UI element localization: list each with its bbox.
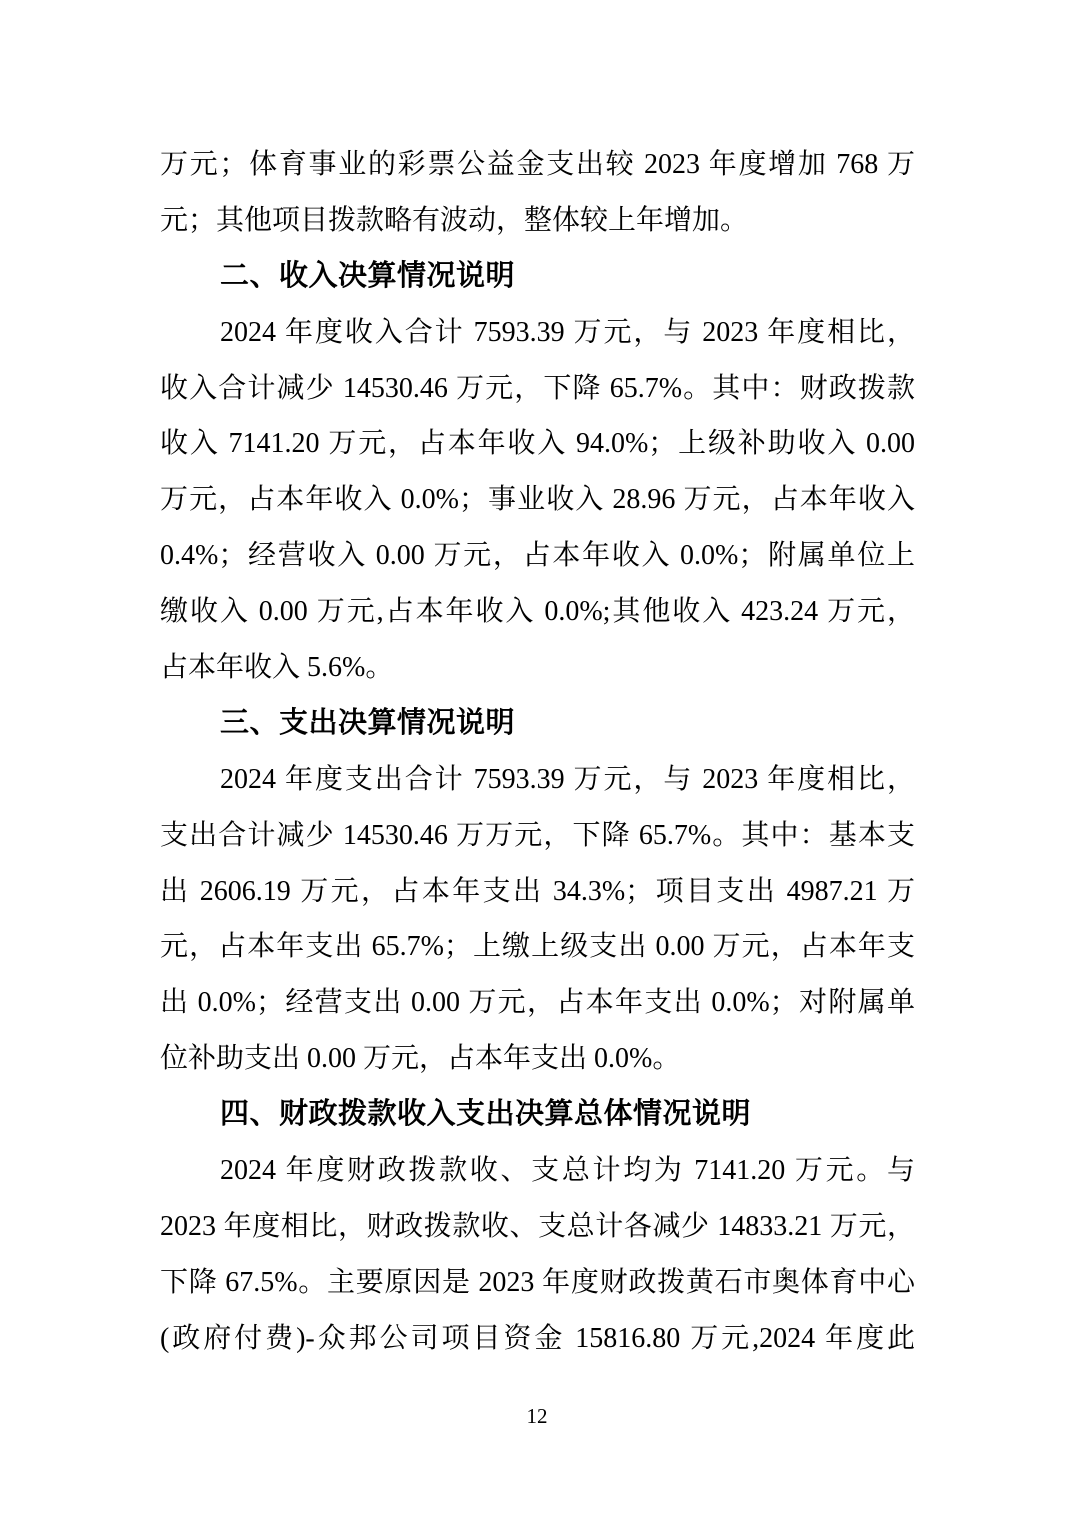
section-heading: 四、财政拨款收入支出决算总体情况说明 xyxy=(160,1087,915,1143)
text-line: 2024 年度财政拨款收、支总计均为 7141.20 万元。与 xyxy=(160,1143,915,1199)
text-line: 占本年收入 5.6%。 xyxy=(160,640,915,696)
text-line: 2024 年度支出合计 7593.39 万元，与 2023 年度相比， xyxy=(160,752,915,808)
text-line: 缴收入 0.00 万元,占本年收入 0.0%;其他收入 423.24 万元， xyxy=(160,584,915,640)
text-line: 2024 年度收入合计 7593.39 万元，与 2023 年度相比， xyxy=(160,305,915,361)
document-text-block: 万元；体育事业的彩票公益金支出较 2023 年度增加 768 万元；其他项目拨款… xyxy=(160,137,915,1367)
document-page: 万元；体育事业的彩票公益金支出较 2023 年度增加 768 万元；其他项目拨款… xyxy=(0,0,1074,1520)
text-line: 下降 67.5%。主要原因是 2023 年度财政拨黄石市奥体育中心 xyxy=(160,1255,915,1311)
text-line: 位补助支出 0.00 万元，占本年支出 0.0%。 xyxy=(160,1031,915,1087)
text-line: 收入合计减少 14530.46 万元，下降 65.7%。其中：财政拨款 xyxy=(160,361,915,417)
text-line: 收入 7141.20 万元，占本年收入 94.0%；上级补助收入 0.00 xyxy=(160,416,915,472)
text-line: 0.4%；经营收入 0.00 万元，占本年收入 0.0%；附属单位上 xyxy=(160,528,915,584)
text-line: 支出合计减少 14530.46 万万元，下降 65.7%。其中：基本支 xyxy=(160,808,915,864)
text-line: 元，占本年支出 65.7%；上缴上级支出 0.00 万元，占本年支 xyxy=(160,919,915,975)
section-heading: 三、支出决算情况说明 xyxy=(160,696,915,752)
text-line: 2023 年度相比，财政拨款收、支总计各减少 14833.21 万元， xyxy=(160,1199,915,1255)
text-line: 元；其他项目拨款略有波动，整体较上年增加。 xyxy=(160,193,915,249)
text-line: 万元，占本年收入 0.0%；事业收入 28.96 万元，占本年收入 xyxy=(160,472,915,528)
page-number: 12 xyxy=(0,1402,1074,1430)
text-line: 出 0.0%；经营支出 0.00 万元，占本年支出 0.0%；对附属单 xyxy=(160,975,915,1031)
section-heading: 二、收入决算情况说明 xyxy=(160,249,915,305)
text-line: (政府付费)-众邦公司项目资金 15816.80 万元,2024 年度此 xyxy=(160,1311,915,1367)
text-line: 万元；体育事业的彩票公益金支出较 2023 年度增加 768 万 xyxy=(160,137,915,193)
text-line: 出 2606.19 万元，占本年支出 34.3%；项目支出 4987.21 万 xyxy=(160,864,915,920)
